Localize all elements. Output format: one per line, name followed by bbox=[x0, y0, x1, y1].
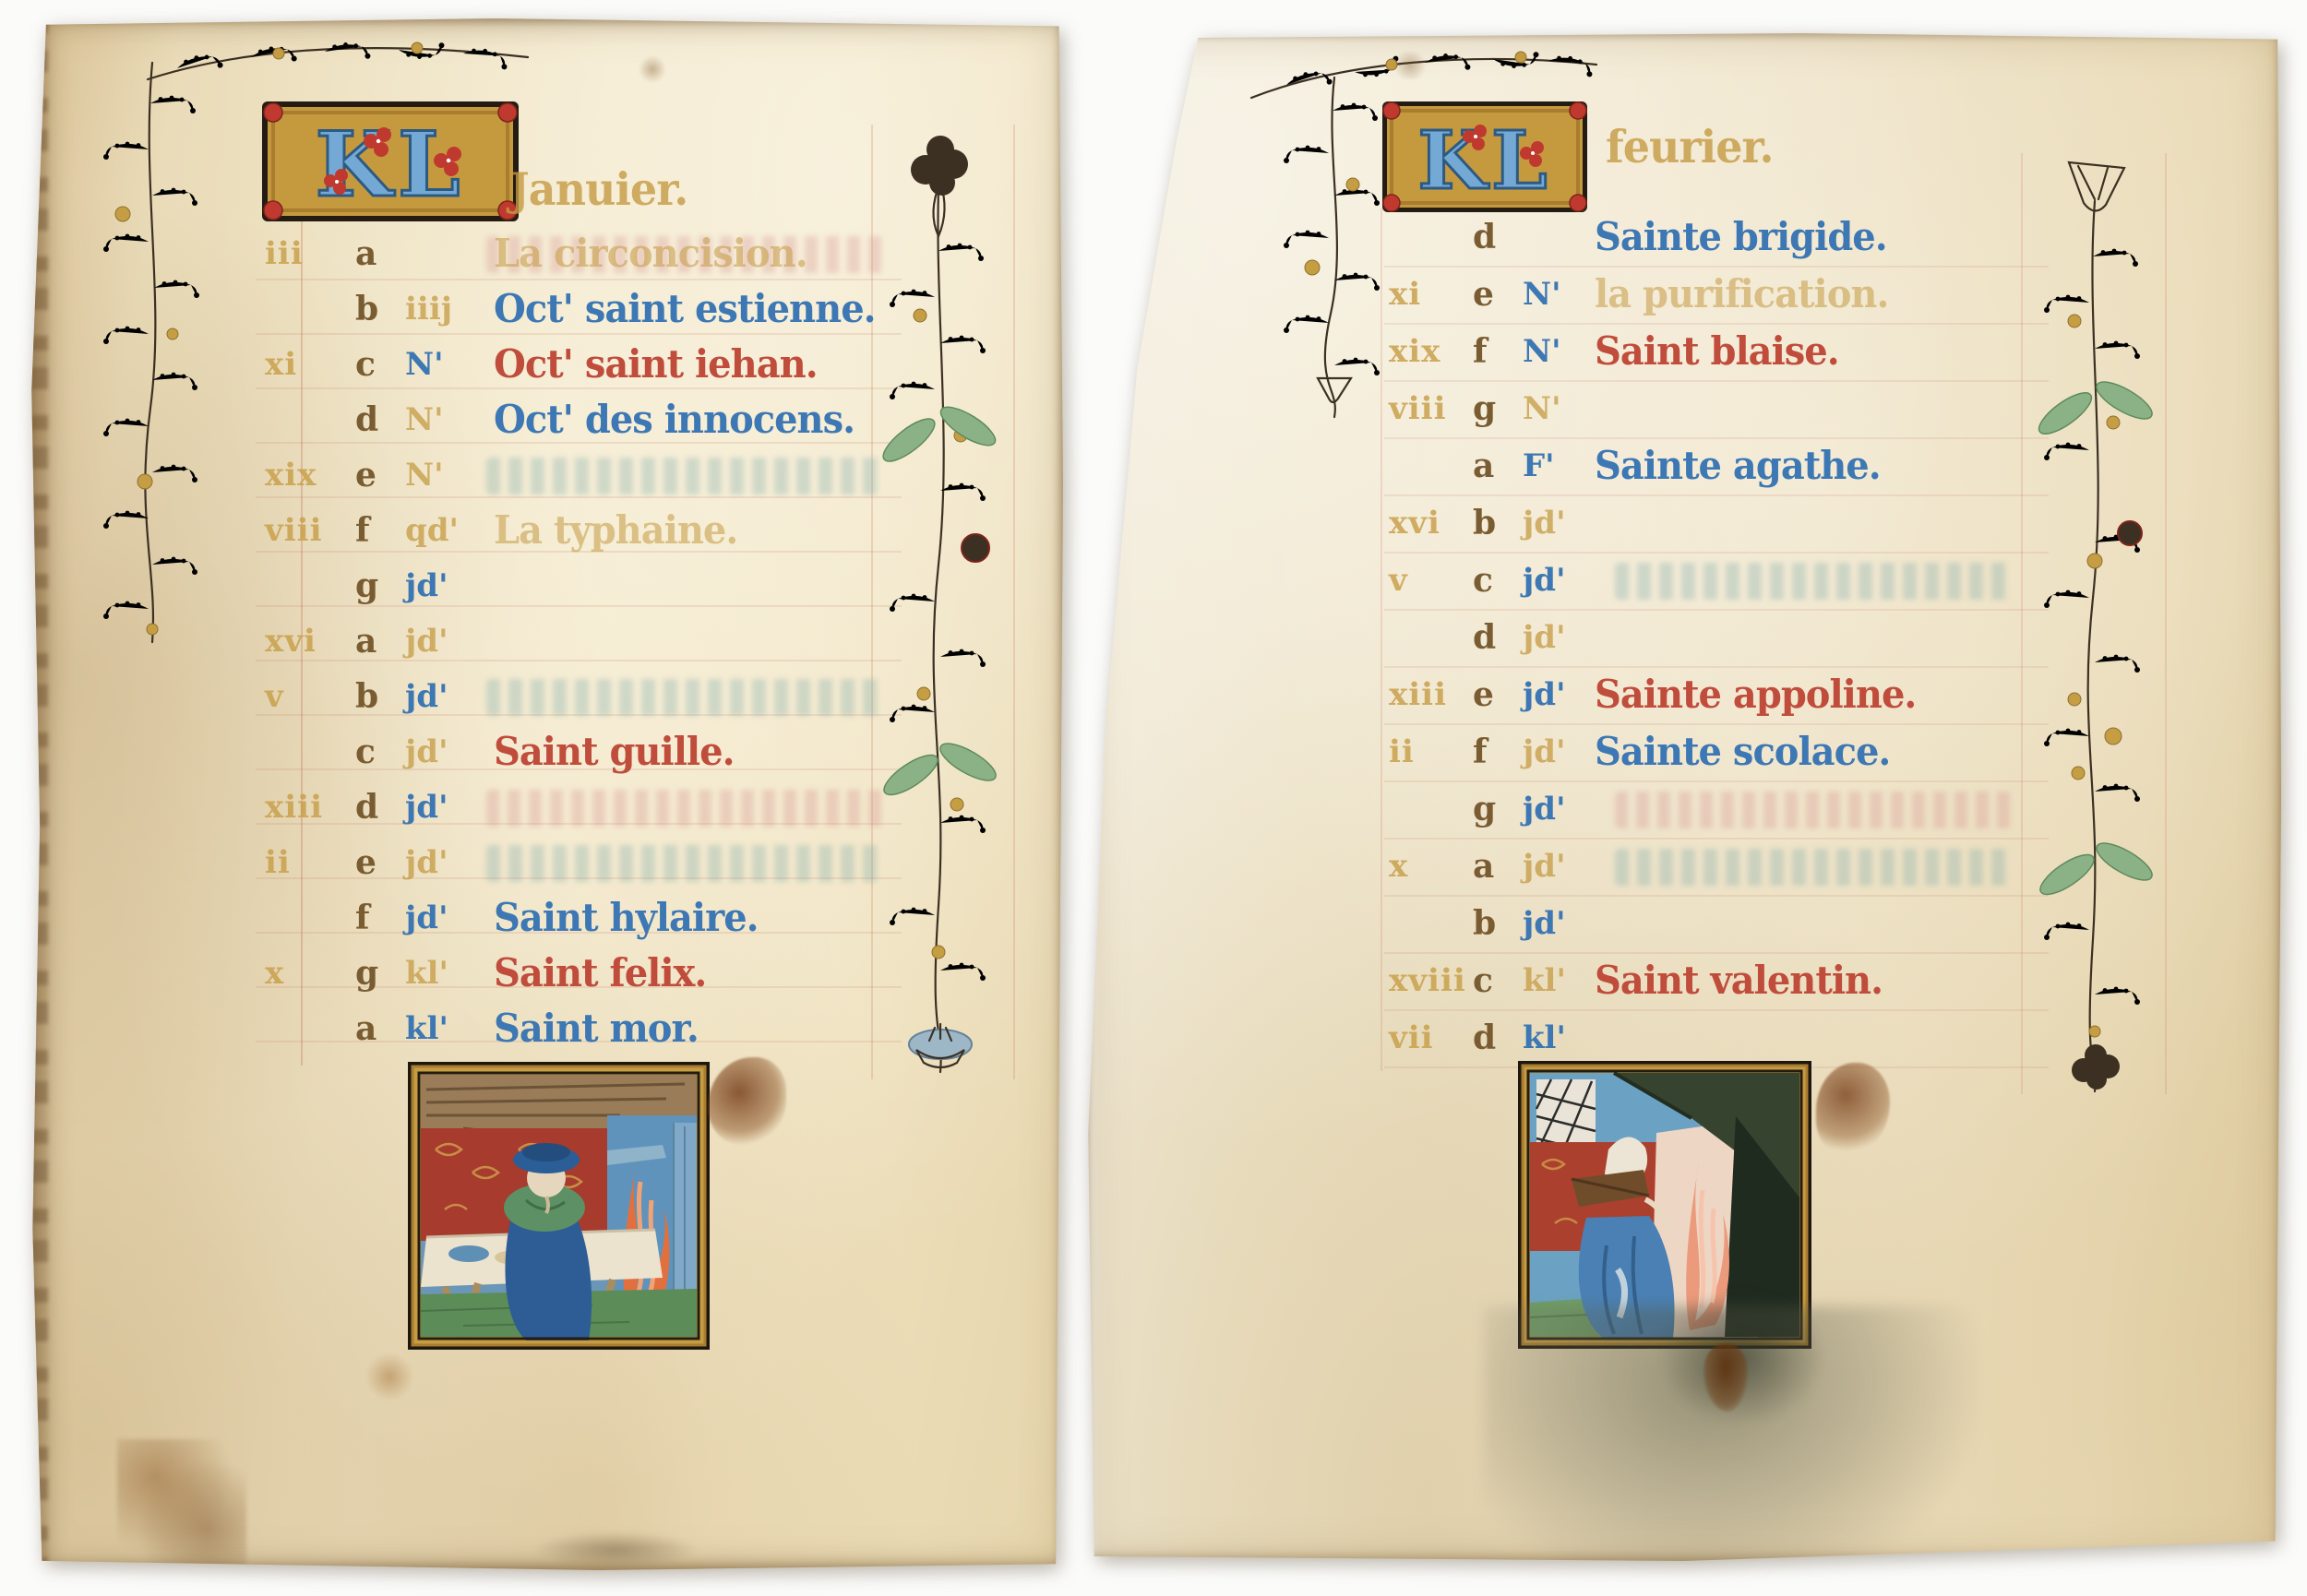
feast-name: Saint hylaire. bbox=[494, 889, 759, 946]
calends-mark: jd' bbox=[405, 891, 448, 945]
red-berry bbox=[2118, 521, 2142, 545]
kl-initial-block: KL bbox=[1381, 100, 1589, 214]
calendar-row: bjd' bbox=[1384, 897, 2049, 952]
feast-name: la purification. bbox=[1595, 266, 1888, 322]
calends-mark: jd' bbox=[1523, 554, 1565, 607]
dominical-letter: e bbox=[1473, 668, 1494, 721]
calends-mark: N' bbox=[405, 338, 444, 391]
golden-number: xvi bbox=[1389, 496, 1440, 550]
ink-blot-stain bbox=[708, 1057, 786, 1145]
calendar-row: cjd'Saint guille. bbox=[256, 725, 902, 780]
feast-name: La circoncision. bbox=[494, 225, 807, 281]
right-vine-decoration bbox=[2017, 146, 2174, 1101]
calends-mark: kl' bbox=[1523, 1011, 1566, 1065]
calends-mark: jd' bbox=[1523, 897, 1565, 950]
calends-mark: F' bbox=[1523, 439, 1555, 493]
show-through-text bbox=[486, 790, 883, 827]
calends-mark: jd' bbox=[405, 780, 448, 834]
calendar-row: xieN'la purification. bbox=[1384, 268, 2049, 323]
dominical-letter: f bbox=[1473, 725, 1488, 779]
golden-number: ii bbox=[1389, 725, 1415, 779]
calendar-row: xviiickl'Saint valentin. bbox=[1384, 954, 2049, 1009]
dominical-letter: a bbox=[355, 614, 377, 668]
small-stain bbox=[366, 1352, 412, 1402]
speck-stain bbox=[639, 55, 666, 83]
calendar-row: akl'Saint mor. bbox=[256, 1002, 902, 1057]
calends-mark: jd' bbox=[405, 559, 448, 613]
brown-drip-stain bbox=[1703, 1343, 1748, 1411]
calends-mark: jd' bbox=[1523, 725, 1565, 779]
golden-number: vii bbox=[1389, 1011, 1434, 1065]
calendar-row: dSainte brigide. bbox=[1384, 210, 2049, 266]
dominical-letter: d bbox=[1473, 611, 1496, 664]
dominical-letter: f bbox=[355, 504, 370, 557]
month-name-february: feurier. bbox=[1606, 121, 1774, 173]
calends-mark: kl' bbox=[405, 1002, 448, 1055]
dominical-letter: e bbox=[1473, 268, 1494, 321]
feast-name: Saint felix. bbox=[494, 945, 706, 1001]
calendar-row: fjd'Saint hylaire. bbox=[256, 891, 902, 947]
feast-name: La typhaine. bbox=[494, 502, 737, 558]
calends-mark: N' bbox=[1523, 325, 1561, 378]
dominical-letter: g bbox=[1473, 782, 1496, 836]
dominical-letter: a bbox=[355, 1002, 377, 1055]
calends-mark: N' bbox=[405, 393, 444, 447]
calends-mark: jd' bbox=[1523, 782, 1565, 836]
ink-blot-stain bbox=[1816, 1063, 1890, 1155]
golden-number: viii bbox=[1389, 382, 1447, 435]
calendar-row: vbjd' bbox=[256, 670, 902, 725]
dominical-letter: d bbox=[355, 393, 378, 447]
calendar-rows-february: dSainte brigide.xieN'la purification.xix… bbox=[1384, 210, 2049, 1073]
calends-mark: iiij bbox=[405, 282, 452, 336]
feast-name: Sainte scolace. bbox=[1595, 723, 1890, 780]
calendar-row: iiiaLa circoncision. bbox=[256, 227, 902, 282]
show-through-text bbox=[486, 679, 883, 716]
calends-mark: jd' bbox=[405, 725, 448, 779]
bottom-edge-smudge bbox=[532, 1531, 699, 1568]
calendar-rows-january: iiiaLa circoncision.biiijOct' saint esti… bbox=[256, 227, 902, 1062]
calends-mark: N' bbox=[1523, 268, 1561, 321]
dominical-letter: d bbox=[1473, 1011, 1496, 1065]
dominical-letter: a bbox=[1473, 840, 1494, 893]
dominical-letter: f bbox=[355, 891, 370, 945]
dominical-letter: d bbox=[355, 780, 378, 834]
feast-name: Saint valentin. bbox=[1595, 952, 1883, 1008]
dominical-letter: a bbox=[1473, 439, 1494, 493]
dominical-letter: c bbox=[355, 725, 376, 779]
calendar-row: xajd' bbox=[1384, 840, 2049, 895]
calendar-row: vcjd' bbox=[1384, 554, 2049, 609]
calendar-row: xiiiejd'Sainte appoline. bbox=[1384, 668, 2049, 723]
calendar-row: xgkl'Saint felix. bbox=[256, 947, 902, 1002]
carnation-flower-red bbox=[911, 136, 968, 236]
calendar-row: dN'Oct' des innocens. bbox=[256, 393, 902, 448]
golden-number: xiii bbox=[265, 780, 323, 834]
calendar-row: aF'Sainte agathe. bbox=[1384, 439, 2049, 494]
calends-mark: kl' bbox=[405, 947, 448, 1000]
golden-number: xi bbox=[1389, 268, 1421, 321]
dominical-letter: b bbox=[355, 670, 378, 723]
dominical-letter: b bbox=[1473, 897, 1496, 950]
show-through-text bbox=[1615, 792, 2012, 828]
golden-number: xi bbox=[265, 338, 297, 391]
left-vine-decoration bbox=[80, 57, 219, 648]
feast-name: Saint mor. bbox=[494, 1000, 699, 1056]
calends-mark: kl' bbox=[1523, 954, 1566, 1007]
golden-number: xix bbox=[1389, 325, 1440, 378]
calends-mark: N' bbox=[405, 448, 444, 502]
calends-mark: N' bbox=[1523, 382, 1561, 435]
dominical-letter: c bbox=[1473, 954, 1493, 1007]
feast-name: Sainte appoline. bbox=[1595, 666, 1916, 722]
show-through-text bbox=[486, 458, 883, 494]
calendar-row: xiiidjd' bbox=[256, 780, 902, 836]
calendar-row: xixeN' bbox=[256, 448, 902, 504]
left-vine-decoration bbox=[1261, 74, 1399, 424]
feast-name: Oct' saint estienne. bbox=[494, 280, 876, 337]
dominical-letter: b bbox=[355, 282, 378, 336]
calendar-row: gjd' bbox=[256, 559, 902, 614]
show-through-text bbox=[1615, 849, 2012, 886]
manuscript-leaf-february: KL feurier. dSainte brigide.xieN'la puri… bbox=[1087, 33, 2281, 1561]
manuscript-leaf-january: KL Januier. iiiaLa circoncision.biiijOct… bbox=[30, 18, 1063, 1570]
calendar-row: djd' bbox=[1384, 611, 2049, 666]
golden-number: xviii bbox=[1389, 954, 1466, 1007]
kl-initial-block: KL bbox=[260, 100, 520, 223]
golden-number: v bbox=[1389, 554, 1408, 607]
dominical-letter: g bbox=[355, 559, 378, 613]
calends-mark: jd' bbox=[405, 836, 448, 889]
calends-mark: jd' bbox=[1523, 840, 1565, 893]
dominical-letter: e bbox=[355, 448, 377, 502]
gutter-edge bbox=[1087, 33, 1111, 1561]
dominical-letter: f bbox=[1473, 325, 1488, 378]
calends-mark: jd' bbox=[1523, 611, 1565, 664]
calendar-row: viidkl' bbox=[1384, 1011, 2049, 1066]
calendar-row: xviajd' bbox=[256, 614, 902, 670]
golden-number: v bbox=[265, 670, 284, 723]
calends-mark: qd' bbox=[405, 504, 459, 557]
photo-of-two-manuscript-leaves: KL Januier. iiiaLa circoncision.biiijOct… bbox=[0, 0, 2307, 1596]
feast-name: Sainte agathe. bbox=[1595, 437, 1881, 494]
foxing-stain bbox=[117, 1439, 246, 1568]
calends-mark: jd' bbox=[405, 614, 448, 668]
calendar-row: biiijOct' saint estienne. bbox=[256, 282, 902, 338]
golden-number: xvi bbox=[265, 614, 317, 668]
feast-name: Saint guille. bbox=[494, 723, 735, 780]
feast-name: Sainte brigide. bbox=[1595, 208, 1887, 265]
red-flower bbox=[2072, 1044, 2120, 1090]
calendar-row: iiejd' bbox=[256, 836, 902, 891]
dominical-letter: g bbox=[1473, 382, 1496, 435]
golden-number: ii bbox=[265, 836, 291, 889]
show-through-text bbox=[486, 845, 883, 882]
feast-name: Oct' des innocens. bbox=[494, 391, 855, 447]
calendar-row: xicN'Oct' saint iehan. bbox=[256, 338, 902, 393]
feast-name: Saint blaise. bbox=[1595, 323, 1839, 379]
calendar-row: iifjd'Sainte scolace. bbox=[1384, 725, 2049, 780]
feast-name: Oct' saint iehan. bbox=[494, 336, 818, 392]
miniature-january-feasting-scene bbox=[408, 1062, 710, 1350]
right-vine-decoration bbox=[865, 122, 1017, 1086]
calends-mark: jd' bbox=[1523, 668, 1565, 721]
golden-number: x bbox=[265, 947, 284, 1000]
calendar-row: gjd' bbox=[1384, 782, 2049, 838]
dominical-letter: a bbox=[355, 227, 377, 280]
calendar-row: viiifqd'La typhaine. bbox=[256, 504, 902, 559]
golden-number: xiii bbox=[1389, 668, 1447, 721]
miniature-february-warming-scene bbox=[1518, 1061, 1811, 1349]
gutter-edge bbox=[30, 18, 48, 1570]
dominical-letter: c bbox=[355, 338, 376, 391]
calendar-row: viiigN' bbox=[1384, 382, 2049, 437]
calends-mark: jd' bbox=[1523, 496, 1565, 550]
dominical-letter: b bbox=[1473, 496, 1496, 550]
month-name-january: Januier. bbox=[509, 163, 687, 216]
golden-number: iii bbox=[265, 227, 304, 280]
dominical-letter: e bbox=[355, 836, 377, 889]
red-berry bbox=[962, 534, 989, 562]
calendar-row: xvibjd' bbox=[1384, 496, 2049, 552]
dominical-letter: g bbox=[355, 947, 378, 1000]
calends-mark: jd' bbox=[405, 670, 448, 723]
golden-number: viii bbox=[265, 504, 323, 557]
dominical-letter: d bbox=[1473, 210, 1496, 264]
soot-smudge bbox=[1484, 1306, 1982, 1596]
dominical-letter: c bbox=[1473, 554, 1493, 607]
show-through-text bbox=[1615, 563, 2012, 600]
calendar-row: xixfN'Saint blaise. bbox=[1384, 325, 2049, 380]
golden-number: x bbox=[1389, 840, 1408, 893]
golden-number: xix bbox=[265, 448, 317, 502]
blue-flower bbox=[2069, 162, 2124, 211]
